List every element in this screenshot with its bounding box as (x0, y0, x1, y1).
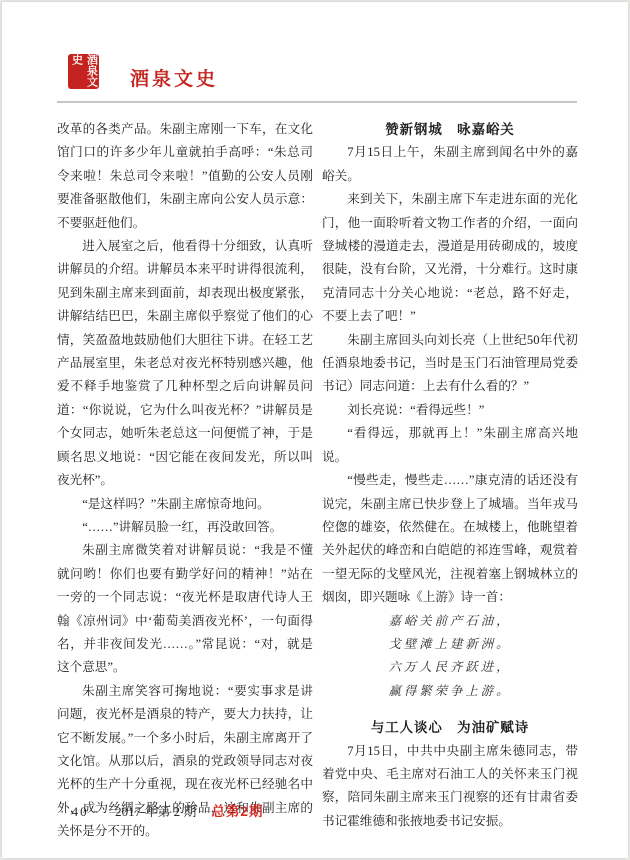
paragraph: 7月15日上午，朱副主席到闻名中外的嘉峪关。 (322, 141, 578, 188)
issue-label: 2017 年第 2 期 (115, 803, 196, 821)
page-number: · 40 · (60, 803, 100, 821)
magazine-title: 酒泉文史 (130, 64, 218, 91)
paragraph: “是这样吗？”朱副主席惊奇地问。 (57, 493, 313, 516)
seal-text: 酒泉文史 (69, 54, 99, 89)
poem-line: 赢得繁荣争上游。 (322, 680, 578, 703)
article-column-left: 改革的各类产品。朱副主席刚一下车，在文化馆门口的许多少年儿童就拍手高呼：“朱总司… (57, 118, 313, 844)
poem-line: 戈壁滩上建新洲。 (322, 633, 578, 656)
header-rule (57, 101, 577, 103)
magazine-seal-icon: 酒泉文史 (68, 54, 99, 89)
section-heading-jiayuguan: 赞新钢城 咏嘉峪关 (322, 118, 578, 141)
paragraph: 进入展室之后，他看得十分细致，认真听讲解员的介绍。讲解员本来平时讲得很流利，见到… (57, 235, 313, 492)
paragraph: “慢些走，慢些走……”康克清的话还没有说完，朱副主席已快步登上了城墙。当年戎马倥… (322, 469, 578, 609)
paragraph: 改革的各类产品。朱副主席刚一下车，在文化馆门口的许多少年儿童就拍手高呼：“朱总司… (57, 118, 313, 235)
page: 酒泉文史 酒泉文史 改革的各类产品。朱副主席刚一下车，在文化馆门口的许多少年儿童… (2, 2, 628, 858)
poem: 嘉峪关前产石油， 戈壁滩上建新洲。 六万人民齐跃进， 赢得繁荣争上游。 (322, 610, 578, 704)
poem-line: 六万人民齐跃进， (322, 656, 578, 679)
paragraph: “……”讲解员脸一红，再没敢回答。 (57, 516, 313, 539)
paragraph: 7月15日，中共中央副主席朱德同志，带着党中央、毛主席对石油工人的关怀来玉门视察… (322, 740, 578, 834)
cumulative-issue-badge: 总第2期 (211, 803, 263, 821)
page-footer: · 40 · 2017 年第 2 期 总第2期 (60, 803, 263, 821)
paragraph: 来到关下，朱副主席下车走进东面的光化门，他一面聆听着文物工作者的介绍，一面向登城… (322, 188, 578, 328)
paragraph: 刘长亮说：“看得远些！” (322, 399, 578, 422)
paragraph: 朱副主席微笑着对讲解员说：“我是不懂就问哟！你们也要有勤学好问的精神！”站在一旁… (57, 539, 313, 679)
article-column-right: 赞新钢城 咏嘉峪关 7月15日上午，朱副主席到闻名中外的嘉峪关。 来到关下，朱副… (322, 118, 578, 833)
paragraph: “看得远，那就再上！”朱副主席高兴地说。 (322, 422, 578, 469)
paragraph: 朱副主席回头向刘长亮（上世纪50年代初任酒泉地委书记，当时是玉门石油管理局党委书… (322, 329, 578, 399)
section-heading-oil-workers: 与工人谈心 为油矿赋诗 (322, 716, 578, 739)
poem-line: 嘉峪关前产石油， (322, 610, 578, 633)
